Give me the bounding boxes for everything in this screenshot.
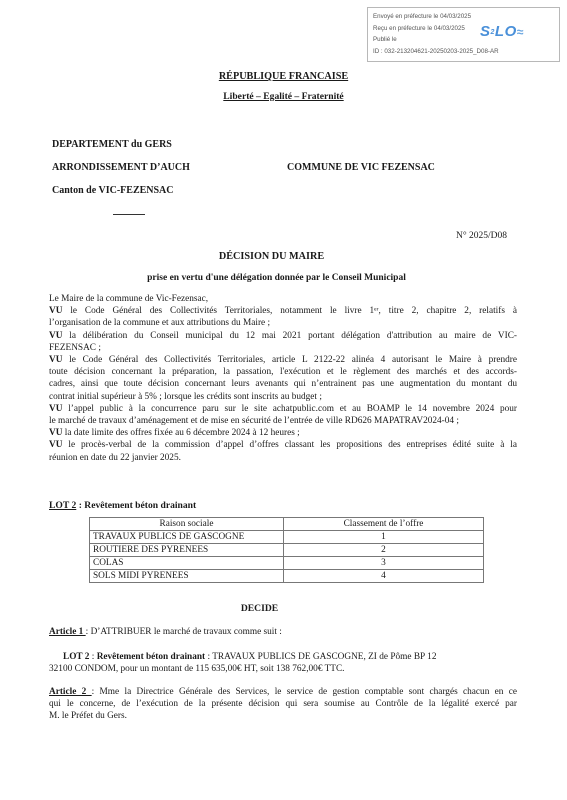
vu-text: l’organisation de la commune et aux attr… [49,318,270,328]
table-header-row: Raison sociale Classement de l’offre [90,518,484,531]
lot-label: LOT 2 [49,500,76,511]
vu-item-line: cadres, ainsi que toute décision concern… [49,378,517,390]
article-1: Article 1 : D’ATTRIBUER le marché de tra… [49,627,282,637]
vu-label: VU [49,306,62,316]
vu-label: VU [49,404,62,414]
article-1-award: : TRAVAUX PUBLICS DE GASCOGNE, ZI de Pôm… [205,652,436,662]
vu-item-line: VU le Code Général des Collectivités Ter… [49,354,517,366]
article-2-line-3: M. le Préfet du Gers. [49,710,517,722]
arrondissement: ARRONDISSEMENT D’AUCH [52,162,190,173]
logo-wing-icon: ≈ [517,25,524,39]
vu-item-line: VU le Code Général des Collectivités Ter… [49,305,517,317]
stamp-received: Reçu en préfecture le 04/03/2025 [373,23,559,35]
article-1-lot: LOT 2 : Revêtement béton drainant : TRAV… [49,651,529,675]
vu-item-line: toute décision concernant la préparation… [49,366,517,378]
lot-title: : Revêtement béton drainant [76,500,196,511]
company-name: ROUTIERE DES PYRENEES [90,544,284,557]
table-row: COLAS3 [90,557,484,570]
article-1-lot-title: Revêtement béton drainant [97,652,205,662]
table-row: SOLS MIDI PYRENEES4 [90,570,484,583]
article-1-lot-line1: LOT 2 : Revêtement béton drainant : TRAV… [49,651,529,663]
logo-rest: LO [495,23,517,40]
article-1-label: Article 1 [49,627,86,637]
article-2-line-1: : Mme la Directrice Générale des Service… [92,687,517,697]
decide-heading: DECIDE [0,603,543,614]
vu-text: le Code Général des Collectivités Territ… [69,355,517,365]
vu-text: le procès-verbal de la commission d’appe… [68,440,517,450]
department: DEPARTEMENT du GERS [52,139,172,150]
article-1-text: : D’ATTRIBUER le marché de travaux comme… [86,627,282,637]
article-1-amount: 32100 CONDOM, pour un montant de 115 635… [49,663,529,675]
s2lo-logo: S2LO≈ [480,26,524,39]
vu-text: l’appel public à la concurrence paru sur… [68,404,517,414]
vu-text: réunion en date du 22 janvier 2025. [49,453,181,463]
decision-title: DÉCISION DU MAIRE [0,251,555,262]
article-1-lot-label: LOT 2 [63,652,89,662]
vu-label: VU [49,440,62,450]
offer-rank: 3 [284,557,484,570]
article-1-lot-sep: : [89,652,96,662]
logo-s: S [480,23,491,40]
vu-label: VU [49,355,62,365]
article-2: Article 2 : Mme la Directrice Générale d… [49,686,517,723]
vu-item-line: le marché de travaux d’aménagement et de… [49,415,517,427]
vu-item-line: réunion en date du 22 janvier 2025. [49,452,517,464]
preamble: Le Maire de la commune de Vic-Fezensac, … [49,293,517,464]
vu-list: VU le Code Général des Collectivités Ter… [49,305,517,464]
vu-item-line: contrat initial supérieur à 5% ; lorsque… [49,391,517,403]
vu-item-line: VU l’appel public à la concurrence paru … [49,403,517,415]
logo-sup: 2 [491,29,495,36]
lot-heading: LOT 2 : Revêtement béton drainant [49,500,196,511]
header-raison-sociale: Raison sociale [90,518,284,531]
vu-label: VU [49,428,62,438]
vu-text: le Code Général des Collectivités Territ… [70,306,517,316]
vu-item-line: VU le procès-verbal de la commission d’a… [49,439,517,451]
stamp-sent: Envoyé en préfecture le 04/03/2025 [373,11,559,23]
table-row: TRAVAUX PUBLICS DE GASCOGNE1 [90,531,484,544]
vu-text: la date limite des offres fixée au 6 déc… [65,428,300,438]
company-name: COLAS [90,557,284,570]
prefecture-stamp: Envoyé en préfecture le 04/03/2025 Reçu … [367,7,560,62]
vu-text: contrat initial supérieur à 5% ; lorsque… [49,392,322,402]
article-2-label: Article 2 [49,687,92,697]
offer-rank: 2 [284,544,484,557]
republic-heading: RÉPUBLIQUE FRANCAISE [0,71,567,82]
vu-item-line: FEZENSAC ; [49,342,517,354]
vu-item-line: VU la date limite des offres fixée au 6 … [49,427,517,439]
offer-rank: 4 [284,570,484,583]
commune: COMMUNE DE VIC FEZENSAC [287,162,435,173]
vu-text: la délibération du Conseil municipal du … [69,331,517,341]
preamble-intro: Le Maire de la commune de Vic-Fezensac, [49,293,517,305]
stamp-published: Publié le [373,34,559,46]
motto: Liberté – Egalité – Fraternité [0,91,567,102]
company-name: TRAVAUX PUBLICS DE GASCOGNE [90,531,284,544]
vu-item-line: l’organisation de la commune et aux attr… [49,317,517,329]
vu-item-line: VU la délibération du Conseil municipal … [49,330,517,342]
ranking-table: Raison sociale Classement de l’offre TRA… [89,517,484,583]
company-name: SOLS MIDI PYRENEES [90,570,284,583]
stamp-id: ID : 032-213204621-20250203-2025_D08-AR [373,46,559,58]
vu-text: toute décision concernant la préparation… [49,367,517,377]
header-classement: Classement de l’offre [284,518,484,531]
table-row: ROUTIERE DES PYRENEES2 [90,544,484,557]
decision-number: N° 2025/D08 [456,231,507,241]
decision-subtitle: prise en vertu d'une délégation donnée p… [0,273,560,283]
separator-dash [113,214,145,215]
vu-text: le marché de travaux d’aménagement et de… [49,416,459,426]
vu-text: FEZENSAC ; [49,343,101,353]
canton: Canton de VIC-FEZENSAC [52,185,174,196]
article-2-line-2: qui le concerne, de l’exécution de la pr… [49,698,517,710]
vu-text: cadres, ainsi que toute décision concern… [49,379,517,389]
vu-label: VU [49,331,62,341]
offer-rank: 1 [284,531,484,544]
